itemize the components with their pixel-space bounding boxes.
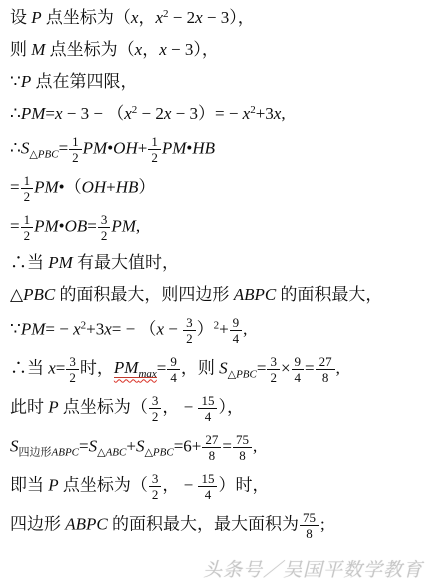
math-variable: PM — [21, 319, 46, 338]
fraction-denominator: 8 — [300, 526, 319, 541]
fraction-numerator: 3 — [183, 315, 196, 331]
math-line-11: ∴当 x=32时，PMmax=94，则 S△PBC=32×94=278, — [10, 354, 430, 385]
text-run: = − — [45, 319, 73, 338]
fraction-numerator: 1 — [21, 212, 34, 228]
math-variable: ABPC — [65, 514, 108, 533]
fraction-numerator: 9 — [230, 315, 243, 331]
text-run: ， − — [162, 397, 197, 416]
fraction-denominator: 2 — [66, 370, 79, 385]
text-run: 此时 — [10, 397, 48, 416]
text-run: = — [10, 177, 20, 196]
text-run: 的面积最大，则四边形 — [55, 285, 234, 304]
math-line-15: 四边形 ABPC 的面积最大，最大面积为758; — [10, 510, 430, 541]
fraction-numerator: 1 — [148, 134, 161, 150]
math-line-12: 此时 P 点坐标为（32， − 154）， — [10, 393, 430, 424]
text-run: ， — [142, 40, 159, 59]
text-run: + — [138, 138, 148, 157]
text-run: − 3）， — [203, 8, 255, 27]
fraction-numerator: 3 — [98, 212, 111, 228]
fraction: 12 — [69, 134, 82, 165]
math-line-9: △PBC 的面积最大，则四边形 ABPC 的面积最大， — [10, 283, 430, 307]
subscript: 四边形 — [19, 446, 52, 458]
math-line-6: =12PM•（OH+HB） — [10, 173, 430, 204]
math-variable: x — [73, 319, 81, 338]
text-run: 则 — [10, 40, 31, 59]
fraction-denominator: 8 — [202, 448, 221, 463]
text-run: 点坐标为（ — [59, 475, 148, 494]
math-variable: x — [195, 8, 203, 27]
text-run: ∵ — [10, 72, 21, 91]
text-run: = — [56, 358, 66, 377]
text-run: 时， — [80, 358, 114, 377]
fraction: 278 — [202, 432, 221, 463]
text-run: ）， — [218, 397, 244, 416]
fraction: 758 — [233, 432, 252, 463]
subscript-variable: PBC — [236, 368, 257, 380]
fraction-numerator: 3 — [149, 393, 162, 409]
fraction: 12 — [21, 173, 34, 204]
text-run: = — [87, 216, 97, 235]
fraction-denominator: 8 — [233, 448, 252, 463]
fraction: 94 — [292, 354, 305, 385]
math-variable: x — [48, 358, 56, 377]
subscript: △ — [97, 446, 105, 458]
fraction: 32 — [267, 354, 280, 385]
math-variable: x — [124, 104, 132, 123]
text-run: ） — [197, 319, 214, 338]
fraction-numerator: 15 — [198, 393, 217, 409]
fraction: 94 — [230, 315, 243, 346]
fraction-numerator: 75 — [233, 432, 252, 448]
math-line-2: 则 M 点坐标为（x，x − 3）， — [10, 38, 430, 62]
fraction: 154 — [198, 471, 217, 502]
text-run: , — [253, 436, 257, 455]
math-line-8: ∴当 PM 有最大值时， — [10, 251, 430, 275]
text-run: 有最大值时， — [73, 253, 179, 272]
math-variable: PM — [114, 358, 139, 377]
text-run: − 3 − （ — [63, 104, 125, 123]
math-variable: HB — [116, 177, 139, 196]
fraction-denominator: 4 — [167, 370, 180, 385]
math-variable: PBC — [23, 285, 55, 304]
subscript-variable: PBC — [38, 148, 59, 160]
text-run: = — [10, 216, 20, 235]
fraction-denominator: 2 — [183, 331, 196, 346]
fraction-denominator: 2 — [98, 228, 111, 243]
fraction-denominator: 2 — [21, 228, 34, 243]
text-run: , — [336, 358, 340, 377]
fraction-denominator: 4 — [292, 370, 305, 385]
fraction-numerator: 3 — [66, 354, 79, 370]
math-variable: x — [155, 8, 163, 27]
text-run: =6+ — [174, 436, 202, 455]
solution-text: 设 P 点坐标为（x，x2 − 2x − 3），则 M 点坐标为（x，x − 3… — [10, 6, 430, 541]
text-run: 点坐标为（ — [45, 40, 134, 59]
fraction-denominator: 2 — [149, 409, 162, 424]
subscript-variable: ABC — [106, 446, 127, 458]
fraction-numerator: 27 — [316, 354, 335, 370]
fraction: 758 — [300, 510, 319, 541]
text-run: ） — [138, 177, 155, 196]
math-variable: M — [31, 40, 45, 59]
text-run: = — [79, 436, 89, 455]
math-variable: x — [156, 319, 164, 338]
text-run: , — [281, 104, 285, 123]
text-run: 四边形 — [10, 514, 65, 533]
text-run: 点坐标为（ — [42, 8, 131, 27]
math-variable: PM — [83, 138, 108, 157]
fraction-numerator: 9 — [167, 354, 180, 370]
text-run: − 3）= − — [171, 104, 242, 123]
math-variable: HB — [192, 138, 215, 157]
math-variable: P — [31, 8, 41, 27]
math-variable: OB — [65, 216, 88, 235]
text-run: •（ — [59, 177, 82, 196]
fraction: 32 — [149, 471, 162, 502]
text-run: 的面积最大， — [276, 285, 382, 304]
spellcheck-wavy-group: PMmax — [114, 358, 157, 378]
subscript-variable: ABPC — [52, 446, 80, 458]
text-run: − 3）， — [167, 40, 219, 59]
math-variable: PM — [111, 216, 136, 235]
text-run: − — [164, 319, 182, 338]
fraction-numerator: 27 — [202, 432, 221, 448]
text-run: = − （ — [112, 319, 157, 338]
text-run: = — [45, 104, 55, 123]
fraction: 278 — [316, 354, 335, 385]
fraction-denominator: 2 — [69, 150, 82, 165]
math-variable: x — [159, 40, 167, 59]
math-variable: x — [104, 319, 112, 338]
math-line-10: ∵PM= − x2+3x= − （x − 32）2+94, — [10, 315, 430, 346]
math-variable: PM — [162, 138, 187, 157]
text-run: , — [136, 216, 140, 235]
subscript: △ — [144, 446, 152, 458]
text-run: ∴当 — [10, 253, 48, 272]
subscript-variable: PBC — [153, 446, 174, 458]
fraction-denominator: 2 — [21, 189, 34, 204]
text-run: ∴ — [10, 104, 21, 123]
fraction-denominator: 8 — [316, 370, 335, 385]
math-variable: PM — [34, 216, 59, 235]
math-variable: ABPC — [234, 285, 277, 304]
math-variable: OH — [113, 138, 138, 157]
fraction-denominator: 2 — [267, 370, 280, 385]
text-run: ∴ — [10, 138, 21, 157]
text-run: ， — [138, 8, 155, 27]
fraction: 12 — [148, 134, 161, 165]
fraction-numerator: 9 — [292, 354, 305, 370]
fraction: 32 — [98, 212, 111, 243]
fraction-numerator: 3 — [267, 354, 280, 370]
text-run: △ — [10, 285, 23, 304]
fraction: 12 — [21, 212, 34, 243]
text-run: 点坐标为（ — [59, 397, 148, 416]
watermark: 头条号／吴国平数学教育 — [203, 555, 423, 582]
math-variable: x — [55, 104, 63, 123]
math-variable: S — [89, 436, 98, 455]
subscript: △ — [228, 368, 236, 380]
fraction-denominator: 4 — [198, 409, 217, 424]
text-run: = — [257, 358, 267, 377]
fraction-denominator: 4 — [198, 487, 217, 502]
text-run: 设 — [10, 8, 31, 27]
fraction: 32 — [183, 315, 196, 346]
fraction: 154 — [198, 393, 217, 424]
text-run: ）时， — [218, 475, 269, 494]
math-line-5: ∴S△PBC=12PM•OH+12PM•HB — [10, 134, 430, 165]
text-run: ; — [320, 514, 325, 533]
text-run: + — [219, 319, 229, 338]
text-run: 点在第四限， — [31, 72, 137, 91]
math-variable: PM — [34, 177, 59, 196]
text-run: +3 — [256, 104, 274, 123]
fraction-denominator: 2 — [149, 487, 162, 502]
math-variable: S — [219, 358, 228, 377]
fraction-numerator: 3 — [149, 471, 162, 487]
text-run: ∴当 — [10, 358, 48, 377]
math-variable: PM — [48, 253, 73, 272]
text-run: = — [157, 358, 167, 377]
math-variable: PM — [21, 104, 46, 123]
text-run: × — [281, 358, 291, 377]
math-variable: P — [21, 72, 31, 91]
math-solution-document: 设 P 点坐标为（x，x2 − 2x − 3），则 M 点坐标为（x，x − 3… — [0, 0, 430, 541]
math-line-1: 设 P 点坐标为（x，x2 − 2x − 3）， — [10, 6, 430, 30]
text-run: 即当 — [10, 475, 48, 494]
fraction-denominator: 4 — [230, 331, 243, 346]
math-variable: P — [48, 397, 58, 416]
subscript-variable: max — [138, 368, 156, 380]
text-run: − 2 — [137, 104, 164, 123]
fraction-numerator: 1 — [21, 173, 34, 189]
fraction-numerator: 75 — [300, 510, 319, 526]
math-line-14: 即当 P 点坐标为（32， − 154）时， — [10, 471, 430, 502]
math-line-4: ∴PM=x − 3 − （x2 − 2x − 3）= − x2+3x, — [10, 102, 430, 126]
text-run: 的面积最大，最大面积为 — [108, 514, 299, 533]
math-variable: OH — [82, 177, 107, 196]
math-line-13: S四边形ABPC=S△ABC+S△PBC=6+278=758, — [10, 432, 430, 463]
math-line-3: ∵P 点在第四限， — [10, 70, 430, 94]
fraction-denominator: 2 — [148, 150, 161, 165]
text-run: ，则 — [181, 358, 219, 377]
text-run: = — [305, 358, 315, 377]
text-run: , — [243, 319, 247, 338]
math-line-7: =12PM•OB=32PM, — [10, 212, 430, 243]
subscript: △ — [29, 148, 37, 160]
fraction-numerator: 15 — [198, 471, 217, 487]
text-run: ∵ — [10, 319, 21, 338]
math-variable: S — [10, 436, 19, 455]
math-variable: P — [48, 475, 58, 494]
text-run: + — [126, 436, 136, 455]
fraction: 94 — [167, 354, 180, 385]
text-run: − 2 — [168, 8, 195, 27]
text-run: = — [222, 436, 232, 455]
fraction: 32 — [66, 354, 79, 385]
text-run: = — [59, 138, 69, 157]
fraction: 32 — [149, 393, 162, 424]
fraction-numerator: 1 — [69, 134, 82, 150]
text-run: +3 — [86, 319, 104, 338]
text-run: + — [106, 177, 116, 196]
text-run: ， − — [162, 475, 197, 494]
